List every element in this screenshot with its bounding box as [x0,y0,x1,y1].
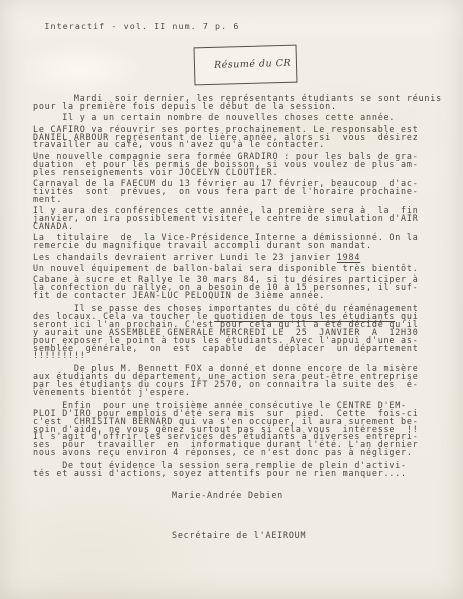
paragraph: La titulaire de la Vice-Présidence Inter… [33,234,445,250]
text-run: tés et aussi d'actions, soyez attentifs … [33,468,407,478]
paragraph: Les chandails devraient arriver Lundi le… [33,254,445,262]
text-line: nous avons reçu environ 4 réponses, ce n… [33,449,445,457]
text-line: CANADA. [33,223,445,231]
text-line: fit de contacter JEAN-LUC PELOQUIN de 3i… [33,292,445,300]
text-run: Les chandails devraient arriver Lundi le… [33,252,337,262]
text-line: pour la première fois depuis le début de… [33,103,445,111]
paragraph: De tout évidence la session sera remplie… [33,462,445,478]
underlined-text: 1984 [337,252,360,262]
text-run: janvier, on ira possiblement visiter le … [33,213,419,223]
text-run: fit de contacter JEAN-LUC PELOQUIN de 3i… [33,290,325,300]
paragraph: Il se passe des choses importantes du cô… [33,305,445,360]
text-run: Il y a un certain nombre de nouvelles ch… [33,112,395,122]
text-line: tés et aussi d'actions, soyez attentifs … [33,470,445,478]
text-line: Il y a un certain nombre de nouvelles ch… [33,114,445,122]
paragraph: Cabane à sucre et Rallye le 30 mars 84, … [33,276,445,300]
stamp-label: Résumé du CR [214,58,291,71]
text-run: remercie du magnifique travail accompli … [33,240,372,250]
text-line: janvier, on ira possiblement visiter le … [33,215,445,223]
signature-name: Marie-Andrée Debien [172,492,445,500]
resume-stamp-box: Résumé du CR [194,45,298,86]
text-line: !!!!!!!!! [33,352,445,360]
paragraph: De plus M. Bennett FOX a donné et donne … [33,365,445,397]
header-text: Interactif - vol. II num. 7 p. 6 [44,21,239,31]
paragraph: Il y a un certain nombre de nouvelles ch… [33,114,445,122]
text-line: ment. [33,196,445,204]
text-line: remercie du magnifique travail accompli … [33,242,445,250]
document-body: Mardi soir dernier, les représentants ét… [33,95,445,540]
text-run: travailler au café, vous n'avez qu'à le … [33,139,325,149]
text-run: ples renseignements voir JOCELYN CLOUTIE… [33,167,278,177]
text-run: !!!!!!!!! [33,350,86,360]
paragraph: Carnaval de la FAECUM du 13 février au 1… [33,180,445,204]
paragraph: Il y aura des conférences cette année, l… [33,207,445,231]
text-run: nous avons reçu environ 4 réponses, ce n… [33,447,413,457]
text-run: tivités sont prévues, on vous fera part … [33,186,419,196]
text-line: travailler au café, vous n'avez qu'à le … [33,141,445,149]
text-run: vènements bientôt j'espère. [33,387,191,397]
text-line: tivités sont prévues, on vous fera part … [33,188,445,196]
page-header: Interactif - vol. II num. 7 p. 6 [20,11,239,41]
text-line: semblée générale, on est capable de dépl… [33,345,445,353]
paragraph: Enfin pour une troisième année consécuti… [33,402,445,457]
text-line: vènements bientôt j'espère. [33,389,445,397]
text-run: Un nouvel équipement de ballon-balai ser… [33,263,419,273]
paragraph: Une nouvelle compagnie sera formée GRADI… [33,153,445,177]
text-run: semblée générale, on est capable de dépl… [33,343,419,353]
text-run: pour la première fois depuis le début de… [33,101,337,111]
paragraph: Un nouvel équipement de ballon-balai ser… [33,265,445,273]
text-line: Un nouvel équipement de ballon-balai ser… [33,265,445,273]
paragraph: Mardi soir dernier, les représentants ét… [33,95,445,111]
text-run: ment. [33,194,62,204]
scanned-document-page: Interactif - vol. II num. 7 p. 6 Résumé … [0,0,463,599]
text-run: CANADA. [33,221,74,231]
signature-title: Secrétaire de l'AEIROUM [172,532,445,540]
paragraph: Le CAFIRO va réouvrir ses portes prochai… [33,126,445,150]
text-line: ples renseignements voir JOCELYN CLOUTIE… [33,169,445,177]
text-line: Les chandails devraient arriver Lundi le… [33,254,445,262]
paragraphs-container: Mardi soir dernier, les représentants ét… [33,95,445,478]
signature-block: Marie-Andrée Debien Secrétaire de l'AEIR… [172,492,445,540]
